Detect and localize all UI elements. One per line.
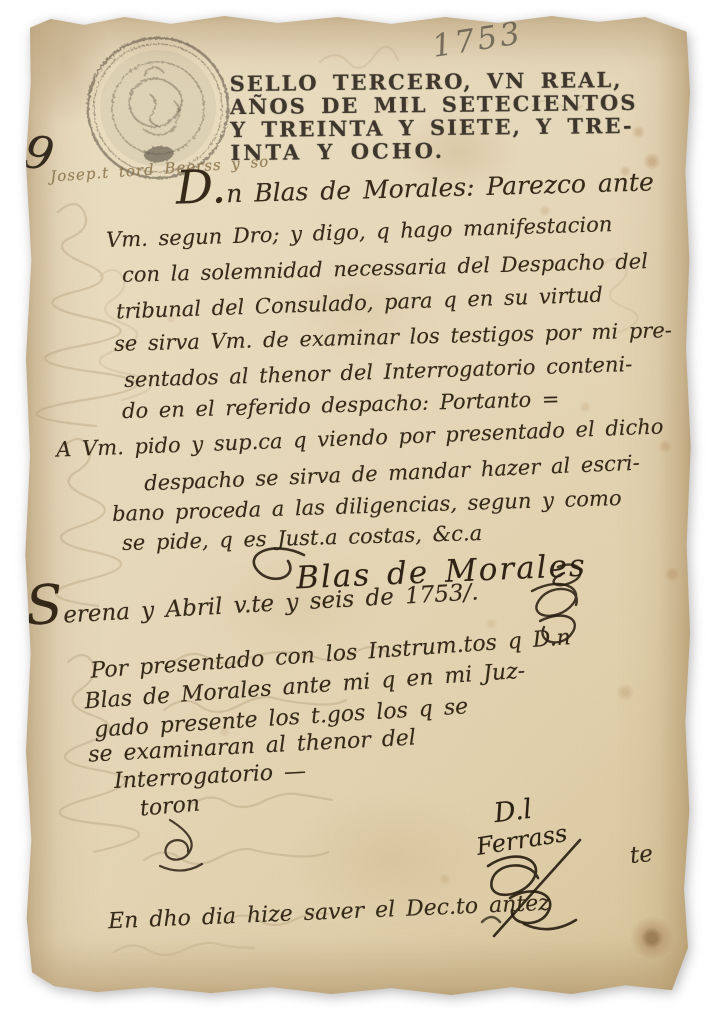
petition-line: Vm. segun Dro; y digo, q hago manifestac… xyxy=(106,212,613,252)
petition-line: con la solemnidad necessaria del Despach… xyxy=(122,249,648,287)
petition-line: do en el referido despacho: Portanto = xyxy=(122,387,560,423)
manuscript-page: 1753 SELLO TERCERO, VN REAL, AÑOS DE MIL… xyxy=(24,14,692,997)
petition-line: se sirva Vm. de examinar los testigos po… xyxy=(114,318,672,356)
stamp-heading-line: INTA Y OCHO. xyxy=(230,137,638,164)
edge-text-fragment: te xyxy=(629,841,654,869)
aged-paper-sheet: 1753 SELLO TERCERO, VN REAL, AÑOS DE MIL… xyxy=(24,14,692,997)
pencil-year-note: 1753 xyxy=(430,15,525,65)
closing-rubric xyxy=(148,814,220,878)
petition-line: D.n Blas de Morales: Parezco ante xyxy=(176,167,654,209)
petition-line: tribunal del Consulado, para q en su vir… xyxy=(116,283,604,324)
printed-stamp-heading: SELLO TERCERO, VN REAL, AÑOS DE MIL SETE… xyxy=(230,68,639,164)
